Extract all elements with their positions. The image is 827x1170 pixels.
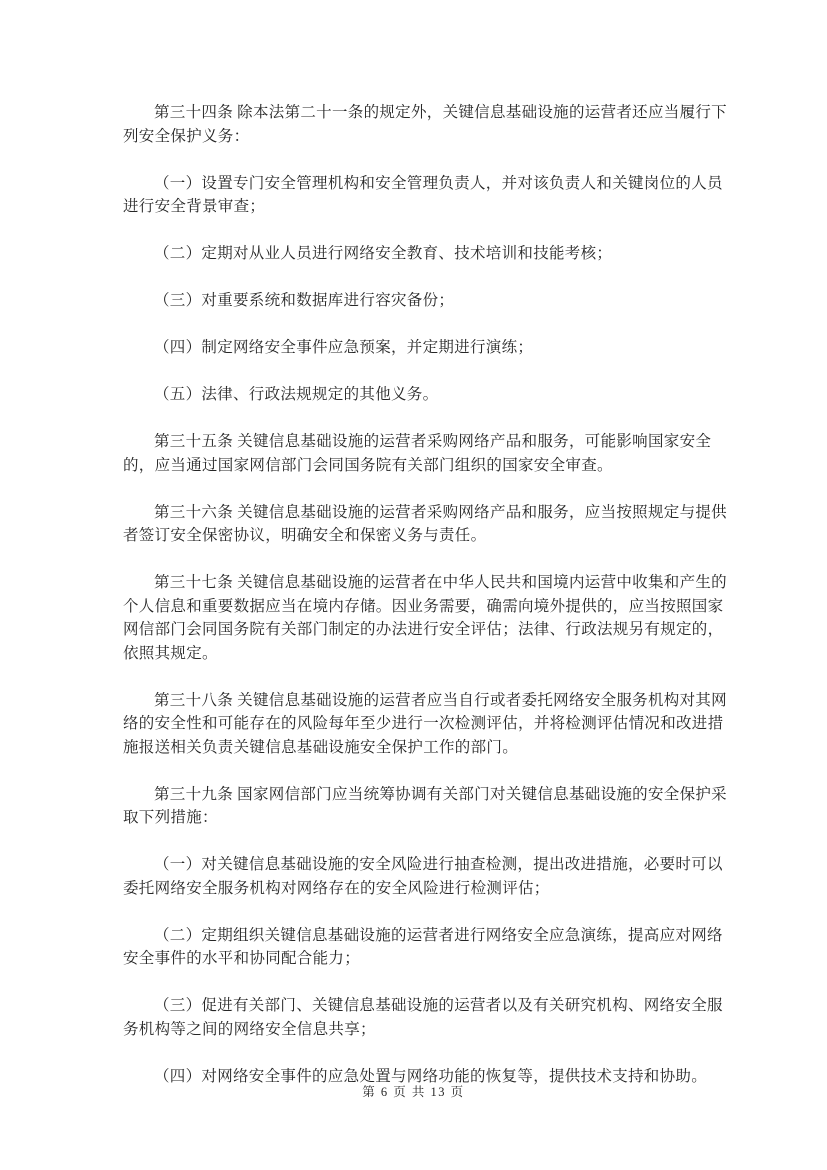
paragraph-article-39-item-3: （三）促进有关部门、关键信息基础设施的运营者以及有关研究机构、网络安全服务机构等… bbox=[123, 994, 731, 1041]
paragraph-article-34-item-3: （三）对重要系统和数据库进行容灾备份； bbox=[123, 289, 731, 313]
paragraph-article-37: 第三十七条 关键信息基础设施的运营者在中华人民共和国境内运营中收集和产生的个人信… bbox=[123, 571, 731, 665]
paragraph-article-34-intro: 第三十四条 除本法第二十一条的规定外，关键信息基础设施的运营者还应当履行下列安全… bbox=[123, 101, 731, 148]
paragraph-article-38: 第三十八条 关键信息基础设施的运营者应当自行或者委托网络安全服务机构对其网络的安… bbox=[123, 689, 731, 760]
paragraph-article-36: 第三十六条 关键信息基础设施的运营者采购网络产品和服务，应当按照规定与提供者签订… bbox=[123, 501, 731, 548]
paragraph-article-39-item-2: （二）定期组织关键信息基础设施的运营者进行网络安全应急演练，提高应对网络安全事件… bbox=[123, 924, 731, 971]
paragraph-article-39-intro: 第三十九条 国家网信部门应当统筹协调有关部门对关键信息基础设施的安全保护采取下列… bbox=[123, 783, 731, 830]
paragraph-article-39-item-1: （一）对关键信息基础设施的安全风险进行抽查检测，提出改进措施，必要时可以委托网络… bbox=[123, 853, 731, 900]
paragraph-article-34-item-4: （四）制定网络安全事件应急预案，并定期进行演练； bbox=[123, 336, 731, 360]
document-body: 第三十四条 除本法第二十一条的规定外，关键信息基础设施的运营者还应当履行下列安全… bbox=[123, 101, 731, 1112]
paragraph-article-34-item-5: （五）法律、行政法规规定的其他义务。 bbox=[123, 383, 731, 407]
page-number-label: 第 6 页 共 13 页 bbox=[362, 1085, 464, 1099]
paragraph-article-34-item-1: （一）设置专门安全管理机构和安全管理负责人，并对该负责人和关键岗位的人员进行安全… bbox=[123, 172, 731, 219]
paragraph-article-35: 第三十五条 关键信息基础设施的运营者采购网络产品和服务，可能影响国家安全的，应当… bbox=[123, 430, 731, 477]
page-footer: 第 6 页 共 13 页 bbox=[0, 1083, 827, 1101]
paragraph-article-34-item-2: （二）定期对从业人员进行网络安全教育、技术培训和技能考核； bbox=[123, 242, 731, 266]
document-page: 第三十四条 除本法第二十一条的规定外，关键信息基础设施的运营者还应当履行下列安全… bbox=[0, 0, 827, 1170]
